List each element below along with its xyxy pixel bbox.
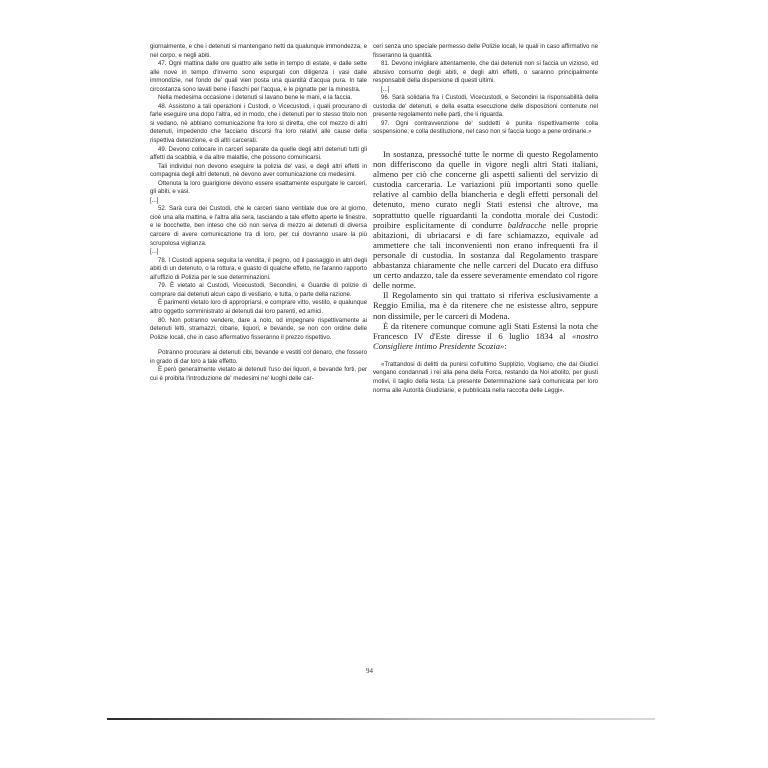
ellipsis: [...] [150,248,367,257]
paragraph: Potranno procurare ai detenuti cibi, bev… [150,349,367,366]
regulation-excerpt: ceri senza uno speciale permesso delle P… [373,43,598,137]
text-run: È da ritenere comunque comune agli Stati… [373,321,598,341]
paragraph: Tali individui non devono eseguire la po… [150,163,367,180]
text-run: In sostanza, pressoché tutte le norme di… [373,149,598,230]
paragraph-art-97: 97. Ogni contravvenzione de' suddetti è … [373,120,598,137]
footer-rule [107,718,655,720]
paragraph: Nella medesima occasione i detenuti si l… [150,94,367,103]
quote-text: «Trattandosi di delitti da punirsi coll'… [373,361,598,395]
block-quote: «Trattandosi di delitti da punirsi coll'… [373,361,598,395]
right-column: ceri senza uno speciale permesso delle P… [373,43,598,395]
paragraph-art-52: 52. Sarà cura dei Custodi, che le carcer… [150,205,367,248]
left-column: giornalmente, e che i detenuti si manten… [150,43,367,383]
paragraph: giornalmente, e che i detenuti si manten… [150,43,367,60]
page-number: 94 [366,667,373,675]
commentary-paragraph: È da ritenere comunque comune agli Stati… [373,321,598,351]
paragraph: È parimenti vietato loro di appropriarsi… [150,299,367,316]
paragraph-art-49: 49. Devono collocare in carceri separate… [150,146,367,163]
paragraph-art-48: 48. Assistono a tali operazioni i Custod… [150,103,367,146]
italic-term: baldracche [508,220,547,230]
commentary-paragraph: Il Regolamento sin qui trattato si rifer… [373,290,598,320]
paragraph-art-80: 80. Non potranno vendere, dare a nolo, o… [150,317,367,343]
ellipsis: [...] [373,86,598,95]
ellipsis: [...] [150,197,367,206]
paragraph: ceri senza uno speciale permesso delle P… [373,43,598,60]
paragraph-art-79: 79. È vietato ai Custodi, Vicecustodi, S… [150,282,367,299]
text-run: nelle proprie abitazioni, di ubriacarsi … [373,220,598,291]
commentary-paragraph: In sostanza, pressoché tutte le norme di… [373,149,598,290]
paragraph-art-96: 96. Sarà solidaria fra i Custodi, Vicecu… [373,94,598,120]
paragraph-art-78: 78. I Custodi appena seguita la vendita,… [150,257,367,283]
commentary: In sostanza, pressoché tutte le norme di… [373,149,598,351]
paragraph: È però generalmente vietato ai detenuti … [150,366,367,383]
paragraph-art-47: 47. Ogni mattina dalle ore quattro alle … [150,60,367,94]
paragraph: Ottenuta la loro guarigione devono esser… [150,180,367,197]
paragraph-art-81: 81. Devono invigilare attentamente, che … [373,60,598,86]
text-run: : [504,341,506,351]
